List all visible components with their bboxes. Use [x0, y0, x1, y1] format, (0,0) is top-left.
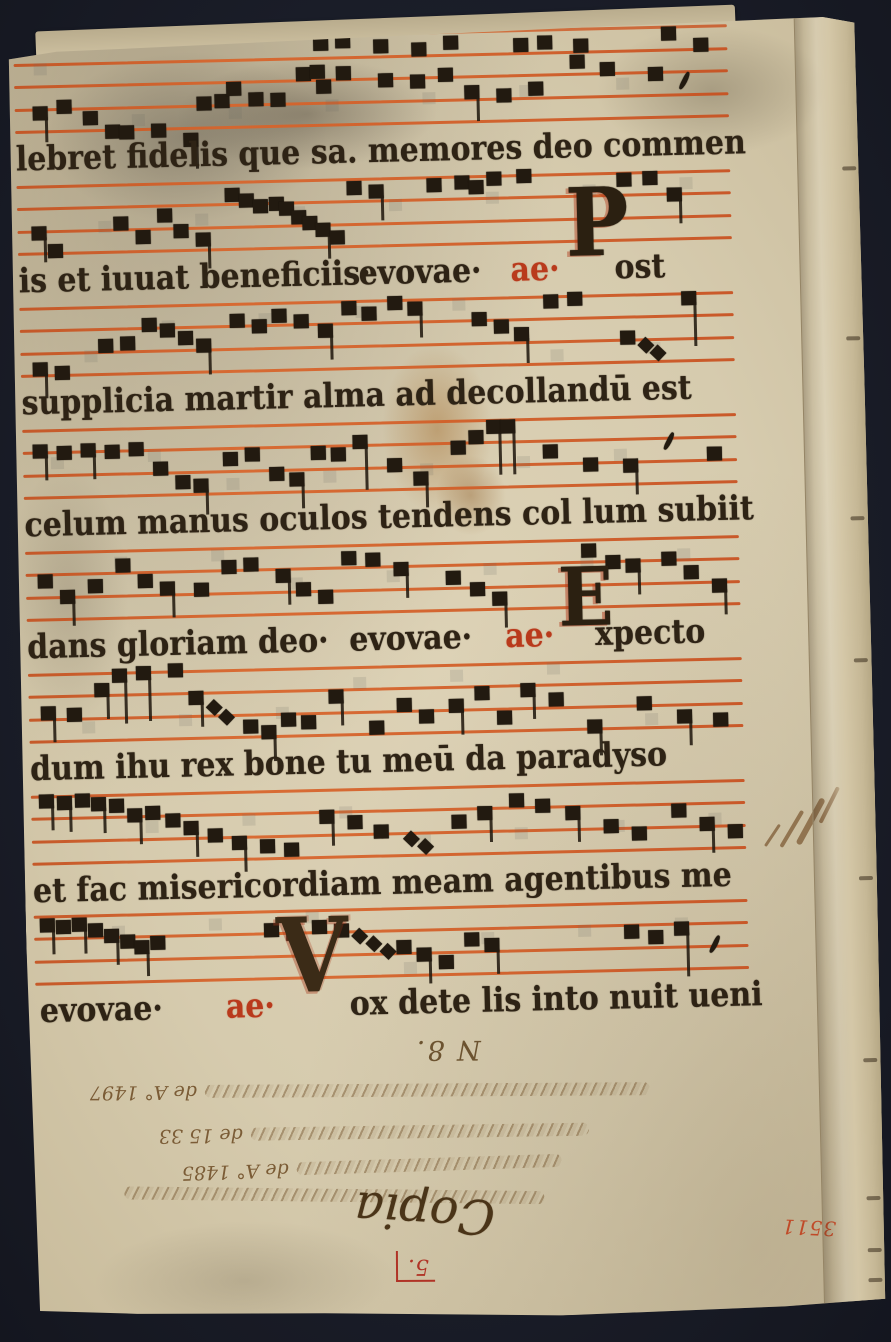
neume-square [276, 569, 291, 583]
neume-square [346, 181, 361, 195]
neume-square [378, 73, 393, 87]
neume-square [319, 810, 334, 824]
showthrough-mark [389, 199, 402, 211]
music-staff [14, 47, 729, 136]
neume-square [438, 68, 453, 82]
staff-line [28, 679, 742, 699]
shelfmark-inverted: N 8. [415, 1034, 481, 1065]
chant-text: evovae· [358, 249, 482, 297]
music-staff [25, 535, 740, 624]
neume-square [225, 188, 240, 202]
neume-square [369, 720, 384, 734]
neume-square [301, 715, 316, 729]
neume-square [284, 843, 299, 857]
neume-square [129, 442, 144, 456]
neume-square [625, 558, 640, 572]
neume-square [223, 452, 238, 466]
neume-square [699, 817, 714, 831]
handwritten-inscription-inverted: de A° 1497 [90, 1078, 650, 1103]
neume-square [165, 813, 180, 827]
music-staff [34, 899, 749, 988]
showthrough-mark [84, 350, 97, 362]
neume-square [336, 66, 351, 80]
showthrough-mark [229, 107, 242, 119]
chant-text: is et iuuat beneficiis· [18, 252, 371, 305]
chant-text: ox dete lis into nuit ueni [349, 973, 763, 1028]
neume-square [387, 458, 402, 472]
neume-square [271, 309, 286, 323]
neume-square [98, 339, 113, 353]
neume-square [411, 42, 426, 56]
neume-square [520, 683, 535, 697]
neume-square [451, 440, 466, 454]
neume-square [138, 574, 153, 588]
neume-square [150, 936, 165, 950]
neume-square [153, 461, 168, 475]
neume-square [40, 918, 55, 932]
ink-stroke [764, 824, 781, 847]
neume-square [208, 828, 223, 842]
neume-square [269, 467, 284, 481]
neume-square [243, 557, 258, 571]
neume-square [252, 319, 267, 333]
neume-square [396, 940, 411, 954]
neume-square [587, 719, 602, 733]
neume-square [109, 799, 124, 813]
neume-square [157, 208, 172, 222]
chant-text: evovae· [39, 987, 163, 1035]
neume-square [537, 35, 552, 49]
neume-square [514, 327, 529, 341]
neume-square [56, 100, 71, 114]
neume-square [470, 582, 485, 596]
staff-line [26, 580, 740, 600]
neume-square [72, 918, 87, 932]
neume-square [289, 472, 304, 486]
neume-square [226, 82, 241, 96]
decorated-initial: P [565, 200, 629, 246]
neume-square [243, 719, 258, 733]
neume-square [573, 38, 588, 52]
neume-square [41, 706, 56, 720]
showthrough-mark [517, 456, 530, 468]
manuscript-page: lebret fidelis que sa. memores deo comme… [5, 16, 887, 1328]
neume-square [260, 839, 275, 853]
neume-square [142, 318, 157, 332]
neume-square [341, 301, 356, 315]
music-staff [28, 657, 743, 746]
showthrough-mark [616, 78, 629, 90]
showthrough-mark [645, 713, 658, 725]
neume-square [397, 698, 412, 712]
showthrough-mark [195, 213, 208, 225]
showthrough-mark [422, 92, 435, 104]
neume-square [494, 319, 509, 333]
staff-line [14, 47, 728, 67]
neume-square [115, 558, 130, 572]
neume-square [567, 292, 582, 306]
neume-square [707, 446, 722, 460]
neume-square [331, 447, 346, 461]
neume-square [477, 806, 492, 820]
neume-square [648, 67, 663, 81]
neume-square [365, 553, 380, 567]
neume-square [569, 55, 584, 69]
chant-text: evovae· [349, 615, 473, 663]
neume-square [468, 430, 483, 444]
neume-square [509, 793, 524, 807]
illegible-cursive-stroke [205, 1083, 650, 1099]
neume-square [245, 447, 260, 461]
neume-square [492, 592, 507, 606]
neume-square [713, 712, 728, 726]
neume-square [134, 940, 149, 954]
showthrough-mark [550, 349, 563, 361]
neume-square [196, 96, 211, 110]
neume-square [623, 458, 638, 472]
page-surface: lebret fidelis que sa. memores deo comme… [5, 16, 887, 1328]
illegible-cursive-stroke [251, 1123, 589, 1141]
neume-square [671, 803, 686, 817]
neume-square [48, 244, 63, 258]
neume-square [183, 821, 198, 835]
neume-square [67, 708, 82, 722]
neume-square [136, 230, 151, 244]
stitch-mark [842, 166, 856, 170]
neume-square [516, 169, 531, 183]
neume-square [661, 552, 676, 566]
neume-square [315, 223, 330, 237]
neume-square [120, 934, 135, 948]
showthrough-mark [486, 192, 499, 204]
neume-square [528, 82, 543, 96]
handwritten-inscription-inverted: de 15 33 [159, 1119, 589, 1147]
showthrough-mark [34, 63, 47, 75]
rubric-ae: ae· [225, 984, 275, 1030]
showthrough-mark [325, 99, 338, 111]
neume-square [33, 362, 48, 376]
neume-check [678, 71, 691, 90]
showthrough-mark [82, 721, 95, 733]
neume-square [451, 815, 466, 829]
rubric-ae: ae· [510, 247, 560, 293]
neume-square [294, 314, 309, 328]
neume-square [620, 330, 635, 344]
showthrough-mark [226, 478, 239, 490]
neume-square [39, 794, 54, 808]
neume-square [712, 578, 727, 592]
showthrough-mark [404, 962, 417, 974]
neume-square [472, 312, 487, 326]
neume-square [468, 180, 483, 194]
showthrough-mark [323, 471, 336, 483]
neume-square [684, 565, 699, 579]
stitch-mark [859, 876, 873, 880]
neume-square [88, 579, 103, 593]
stitch-mark [868, 1278, 882, 1282]
illegible-cursive-stroke [297, 1154, 562, 1176]
neume-square [677, 709, 692, 723]
neume-square [232, 836, 247, 850]
neume-square [318, 324, 333, 338]
showthrough-mark [98, 221, 111, 233]
neume-square [583, 457, 598, 471]
neume-square [188, 691, 203, 705]
neume-square [387, 296, 402, 310]
showthrough-mark [452, 298, 465, 310]
neume-square [57, 796, 72, 810]
neume-square [193, 479, 208, 493]
chant-text: ost [614, 245, 666, 291]
neume-square [160, 581, 175, 595]
photo-backdrop: lebret fidelis que sa. memores deo comme… [0, 0, 891, 1342]
neume-square [454, 175, 469, 189]
neume-square [373, 39, 388, 53]
neume-square [330, 230, 345, 244]
neume-square [728, 824, 743, 838]
neume-square [281, 713, 296, 727]
neume-square [160, 323, 175, 337]
inscription-date: de 15 33 [159, 1124, 243, 1147]
neume-square [194, 583, 209, 597]
neume-square [604, 819, 619, 833]
neume-square [497, 710, 512, 724]
neume-square [57, 446, 72, 460]
neume-square [296, 582, 311, 596]
neume-square [175, 475, 190, 489]
handwritten-inscription-inverted: de A° 1485 [181, 1150, 562, 1184]
neume-square [310, 65, 325, 79]
staff-line [34, 921, 748, 941]
neume-square [341, 551, 356, 565]
neume-square [75, 793, 90, 807]
showthrough-mark [209, 918, 222, 930]
neume-square [145, 806, 160, 820]
neume-square [413, 471, 428, 485]
neume-square [136, 666, 151, 680]
neume-square [104, 929, 119, 943]
neume-square [214, 94, 229, 108]
neume-square [311, 446, 326, 460]
rubric-ae: ae· [505, 613, 555, 659]
neume-square [173, 224, 188, 238]
neume-square [549, 692, 564, 706]
neume-square [221, 560, 236, 574]
neume-square [55, 366, 70, 380]
neume-square [674, 921, 689, 935]
neume-square [667, 187, 682, 201]
sewn-fold-edge [794, 16, 887, 1309]
neume-square [270, 93, 285, 107]
neume-square [328, 689, 343, 703]
neume-diamond [380, 943, 397, 960]
neume-square [33, 106, 48, 120]
neume-square [239, 193, 254, 207]
neume-square [296, 67, 311, 81]
neume-square [416, 947, 431, 961]
neume-square [393, 562, 408, 576]
music-staff [22, 413, 737, 502]
stitch-mark [846, 336, 860, 340]
neume-square [318, 590, 333, 604]
showthrough-mark [483, 563, 496, 575]
stitch-mark [863, 1058, 877, 1062]
neume-square [535, 799, 550, 813]
neume-square [88, 923, 103, 937]
stitch-mark [850, 516, 864, 520]
showthrough-mark [148, 450, 161, 462]
neume-square [168, 663, 183, 677]
copia-flourish-inverted: Copia [353, 1180, 497, 1245]
neume-square [113, 216, 128, 230]
neume-square [105, 445, 120, 459]
neume-square [648, 930, 663, 944]
showthrough-mark [353, 677, 366, 689]
inscription-date: de A° 1497 [90, 1081, 197, 1104]
neume-square [38, 574, 53, 588]
showthrough-mark [242, 814, 255, 826]
red-box-mark-inverted: 5. [396, 1251, 435, 1282]
neume-square [374, 824, 389, 838]
neume-square [94, 683, 109, 697]
smudge-stain [93, 1217, 396, 1342]
chant-text: xpecto [595, 610, 706, 657]
neume-square [261, 725, 276, 739]
neume-square [253, 199, 268, 213]
neume-square [91, 797, 106, 811]
neume-square [83, 111, 98, 125]
neume-square [661, 26, 676, 40]
neume-square [178, 331, 193, 345]
stitch-mark [866, 1196, 880, 1200]
neume-square [500, 419, 515, 433]
neume-square [449, 699, 464, 713]
neume-square [120, 336, 135, 350]
neume-square [60, 590, 75, 604]
decorated-initial: V [276, 932, 348, 978]
neume-square [196, 232, 211, 246]
neume-square [316, 80, 331, 94]
neume-square [624, 925, 639, 939]
showthrough-mark [677, 548, 690, 560]
neume-square [464, 85, 479, 99]
neume-square [347, 815, 362, 829]
neume-square [600, 62, 615, 76]
neume-square [543, 294, 558, 308]
neume-check [663, 432, 676, 451]
neume-square [565, 806, 580, 820]
neume-square [196, 338, 211, 352]
neume-square [439, 955, 454, 969]
neume-square [443, 36, 458, 50]
showthrough-mark [578, 925, 591, 937]
neume-diamond [218, 709, 235, 726]
showthrough-mark [547, 662, 560, 674]
neume-square [474, 686, 489, 700]
neume-square [486, 172, 501, 186]
music-staff [19, 291, 734, 380]
showthrough-mark [145, 821, 158, 833]
neume-square [361, 307, 376, 321]
music-staff [31, 779, 746, 868]
neume-square [407, 301, 422, 315]
staff-line [29, 702, 743, 722]
neume-square [352, 435, 367, 449]
neume-square [426, 178, 441, 192]
stitch-mark [868, 1248, 882, 1252]
neume-square [112, 669, 127, 683]
neume-square [31, 226, 46, 240]
neume-square [496, 88, 511, 102]
staff-line [15, 92, 729, 112]
neume-square [230, 314, 245, 328]
stitch-mark [854, 658, 868, 662]
neume-square [637, 696, 652, 710]
neume-square [513, 38, 528, 52]
neume-square [464, 932, 479, 946]
neume-square [484, 938, 499, 952]
neume-square [56, 920, 71, 934]
showthrough-mark [515, 827, 528, 839]
showthrough-mark [450, 670, 463, 682]
neume-square [127, 808, 142, 822]
neume-square [642, 171, 657, 185]
neume-square [693, 38, 708, 52]
neume-square [632, 826, 647, 840]
neume-square [81, 443, 96, 457]
neume-square [33, 444, 48, 458]
neume-square [681, 291, 696, 305]
neume-square [446, 571, 461, 585]
neume-square [419, 709, 434, 723]
showthrough-mark [179, 714, 192, 726]
neume-square [368, 184, 383, 198]
neume-square [410, 74, 425, 88]
neume-square [248, 92, 263, 106]
inscription-date: de A° 1485 [181, 1159, 289, 1184]
neume-square [543, 444, 558, 458]
neume-square [486, 420, 501, 434]
